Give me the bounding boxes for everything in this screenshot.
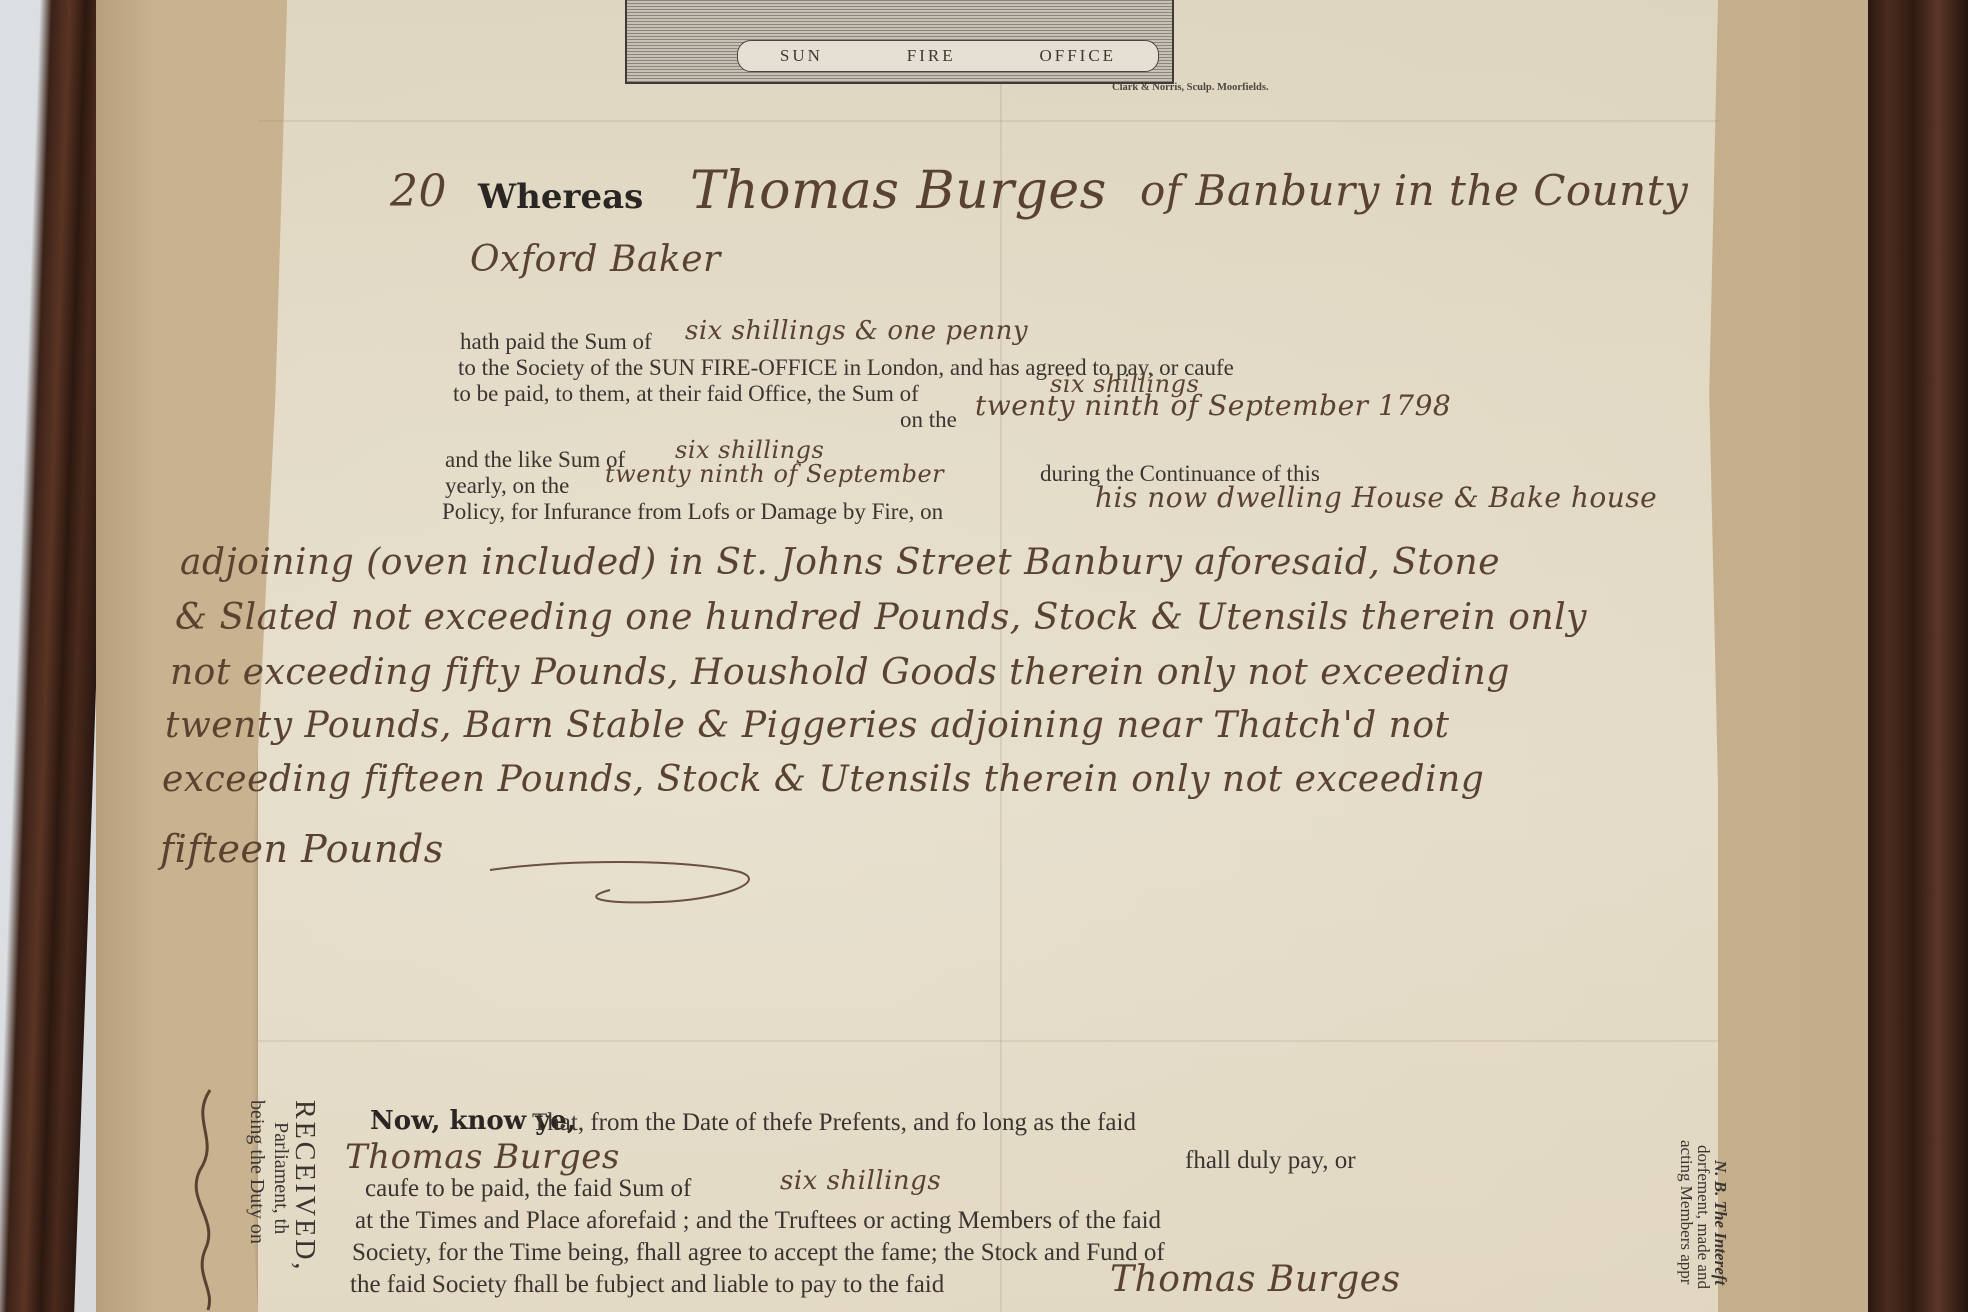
clause-line: caufe to be paid, the faid Sum of [365,1176,691,1201]
receipt-heading: RECEIVED, [288,1100,320,1272]
line-paid-sum: hath paid the Sum of [460,330,652,353]
engraver-credit: Clark & Norris, Sculp. Moorfields. [1112,82,1269,93]
clause-insured-name: Thomas Burges [1110,1262,1401,1298]
insured-county-occupation: Oxford Baker [470,242,721,278]
clause-line: fhall duly pay, or [1185,1148,1356,1173]
property-line: adjoining (oven included) in St. Johns S… [180,545,1500,581]
fold-crease-horizontal [258,120,1718,122]
ribbon-word: FIRE [907,46,956,66]
ribbon-word: OFFICE [1039,46,1116,66]
clause-insured-name: Thomas Burges [345,1140,620,1174]
clause-sum-value: six shillings [780,1168,941,1194]
flourish-icon [480,850,780,910]
nb-note-line: N. B. The Intereft [1710,1160,1730,1285]
property-line: not exceeding fifty Pounds, Houshold Goo… [170,655,1510,691]
ribbon-word: SUN [780,46,823,66]
clause-line: That, from the Date of thefe Prefents, a… [532,1110,1136,1135]
sun-fire-office-engraving: SUN FIRE OFFICE [625,0,1174,84]
paid-sum-value: six shillings & one penny [685,318,1028,344]
clause-line: Society, for the Time being, fhall agree… [352,1240,1165,1265]
insured-location: of Banbury in the County [1140,170,1688,212]
line-like-sum: and the like Sum of [445,448,625,471]
line-on-the: on the [900,408,957,431]
line-yearly: yearly, on the [445,474,569,497]
insured-name: Thomas Burges [690,165,1107,217]
line-policy: Policy, for Infurance from Lofs or Damag… [442,500,943,523]
like-sum-value: six shillings [675,438,824,462]
property-intro: his now dwelling House & Bake house [1095,484,1657,512]
nb-note-line: acting Members appr [1676,1140,1696,1284]
nb-note-line: dorfement, made and [1693,1145,1713,1289]
on-the-value: twenty ninth of September 1798 [975,392,1451,420]
line-to-be-paid: to be paid, to them, at their faid Offic… [453,382,919,405]
whereas-label: Whereas [478,180,643,214]
receipt-line: being the Duty on [245,1100,268,1244]
receipt-signature-icon [180,1080,240,1312]
property-line: exceeding fifteen Pounds, Stock & Utensi… [162,762,1484,798]
policy-number: 20 [390,170,447,214]
fold-crease-horizontal [258,1040,1718,1042]
clause-line: at the Times and Place aforefaid ; and t… [355,1208,1161,1233]
engraving-ribbon: SUN FIRE OFFICE [737,40,1159,72]
frame-right-edge [1868,0,1968,1312]
clause-line: the faid Society fhall be fubject and li… [350,1272,944,1297]
receipt-line: Parliament, th [269,1122,292,1234]
property-line: fifteen Pounds [160,830,444,868]
property-line: & Slated not exceeding one hundred Pound… [175,600,1587,636]
yearly-value: twenty ninth of September [605,462,944,486]
property-line: twenty Pounds, Barn Stable & Piggeries a… [165,708,1449,744]
